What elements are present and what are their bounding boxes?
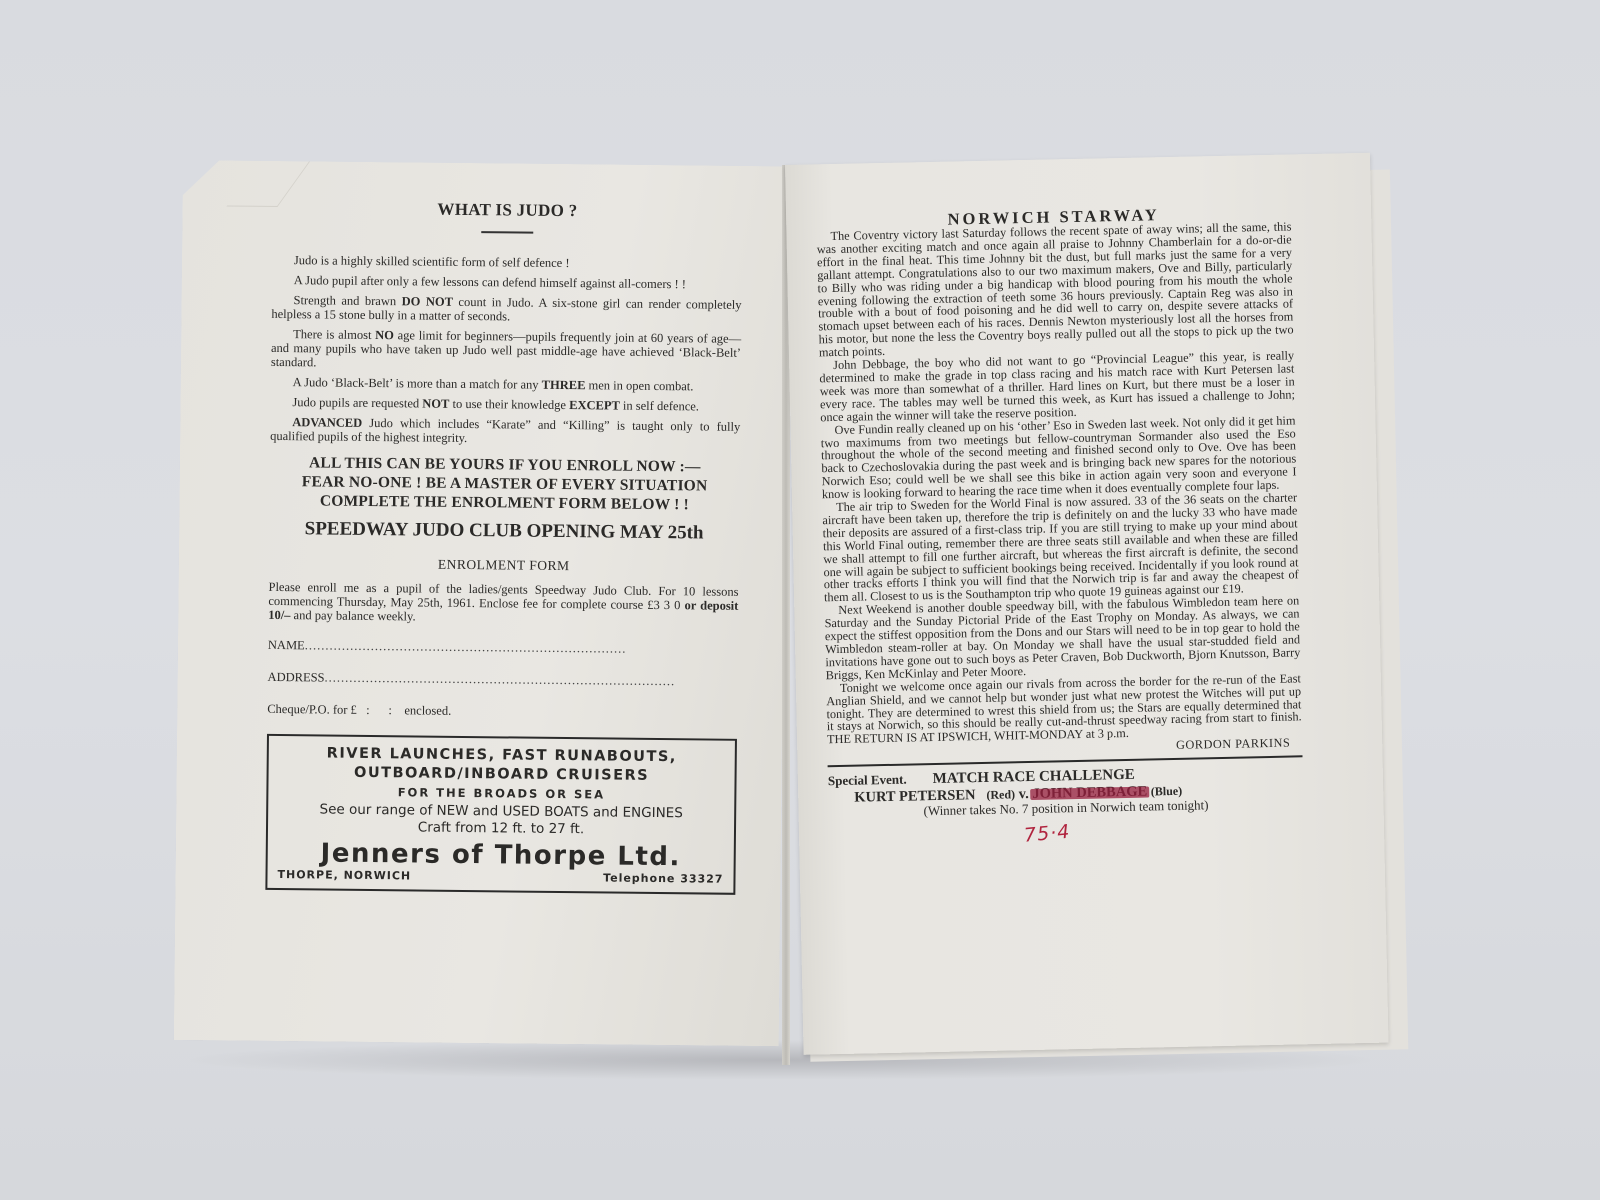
title-divider [481, 231, 533, 234]
starway-paragraph: The air trip to Sweden for the World Fin… [822, 491, 1299, 604]
call-to-action: ALL THIS CAN BE YOURS IF YOU ENROLL NOW … [269, 453, 740, 515]
rider-blue-struck-out: JOHN DEBBAGE [1032, 784, 1147, 802]
advert-subhead: FOR THE BROADS OR SEA [278, 784, 724, 803]
enrolment-form: ENROLMENT FORM Please enroll me as a pup… [267, 556, 739, 721]
cheque-suffix: enclosed. [404, 703, 451, 717]
judo-paragraph: A Judo ‘Black-Belt’ is more than a match… [271, 375, 741, 394]
judo-paragraph: There is almost NO age limit for beginne… [271, 327, 741, 374]
cta-line: COMPLETE THE ENROLMENT FORM BELOW ! ! [269, 491, 739, 515]
judo-title: WHAT IS JUDO ? [272, 201, 742, 220]
club-opening-heading: SPEEDWAY JUDO CLUB OPENING MAY 25th [269, 522, 739, 541]
judo-article: WHAT IS JUDO ? Judo is a highly skilled … [265, 201, 742, 895]
starway-article: NORWICH STARWAY The Coventry victory las… [816, 204, 1304, 847]
name-field[interactable]: NAME....................................… [268, 638, 738, 657]
cheque-field[interactable]: Cheque/P.O. for £ : : enclosed. [267, 702, 737, 721]
starway-paragraph: Tonight we welcome once again our rivals… [826, 672, 1302, 746]
form-title: ENROLMENT FORM [269, 556, 739, 575]
judo-paragraph: Strength and brawn DO NOT count in Judo.… [271, 293, 741, 326]
judo-paragraph: A Judo pupil after only a few lessons ca… [272, 273, 742, 292]
cheque-label: Cheque/P.O. for £ [267, 702, 357, 717]
starway-paragraph: The Coventry victory last Saturday follo… [816, 220, 1294, 359]
advert-telephone: Telephone 33327 [603, 871, 724, 886]
judo-paragraph: Judo is a highly skilled scientific form… [272, 253, 742, 272]
starway-paragraphs: The Coventry victory last Saturday follo… [816, 220, 1302, 746]
special-event-label: Special Event. [828, 774, 907, 789]
judo-paragraphs: Judo is a highly skilled scientific form… [270, 253, 742, 448]
folded-corner [226, 161, 310, 207]
form-instructions: Please enroll me as a pupil of the ladie… [268, 580, 738, 627]
judo-paragraph: Judo pupils are requested NOT to use the… [270, 395, 740, 414]
address-field[interactable]: ADDRESS.................................… [268, 670, 738, 689]
judo-paragraph: ADVANCED Judo which includes “Karate” an… [270, 415, 740, 448]
right-page: NORWICH STARWAY The Coventry victory las… [785, 153, 1389, 1055]
starway-paragraph: Ove Fundin really cleaned up on his ‘oth… [820, 414, 1297, 501]
name-label: NAME [268, 638, 305, 652]
handwritten-note: 75·4 [1024, 825, 1071, 842]
left-page: WHAT IS JUDO ? Judo is a highly skilled … [174, 160, 788, 1046]
address-label: ADDRESS [268, 670, 325, 685]
advert-location: THORPE, NORWICH [277, 868, 411, 883]
jenners-advert: RIVER LAUNCHES, FAST RUNABOUTS, OUTBOARD… [265, 734, 737, 895]
advert-company: Jenners of Thorpe Ltd. [278, 838, 724, 873]
starway-paragraph: John Debbage, the boy who did not want t… [819, 349, 1295, 423]
starway-paragraph: Next Weekend is another double speedway … [824, 595, 1301, 682]
